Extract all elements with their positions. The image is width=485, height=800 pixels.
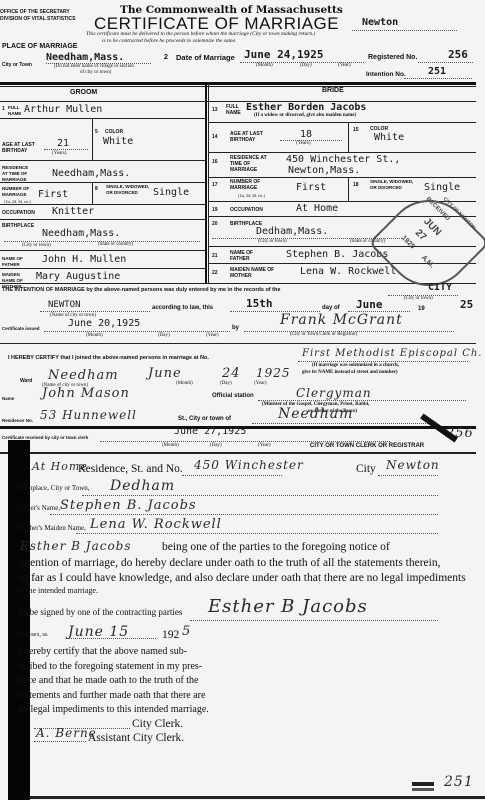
oath-line-4: to the intended marriage. <box>18 586 98 595</box>
certify-line-1: I hereby certify that the above named su… <box>18 646 187 657</box>
bride-residence-label: RESIDENCE AT TIME OF MARRIAGE <box>230 155 278 173</box>
registered-no-value: 256 <box>448 48 468 61</box>
certify-line-2: scribed to the foregoing statement in my… <box>18 661 202 672</box>
groom-marital-status-value: Single <box>153 187 189 198</box>
received-date-value: June 27,1925 <box>174 426 246 437</box>
clerk-sub: (City or Town Clerk or Registrar) <box>290 332 357 337</box>
records-of-sub: (City or town) <box>404 296 433 301</box>
solemnization-month-value: June <box>148 366 182 381</box>
bride-age-label: AGE AT LAST BIRTHDAY <box>230 131 275 143</box>
intention-no-label: Intention No. <box>366 72 406 78</box>
intention-city-value: NEWTON <box>48 300 81 310</box>
bride-age-sub: (Years) <box>296 141 311 146</box>
solemnization-year-value: 1925 <box>256 366 291 380</box>
field-number: 18 <box>353 182 359 188</box>
declaration-birthplace-value: Dedham <box>110 478 175 494</box>
field-number: 19 <box>212 207 218 213</box>
declaration-city-value: Newton <box>386 458 440 472</box>
year-sublabel: (Year) <box>254 381 267 386</box>
city-or-town-label: City or Town <box>2 62 32 68</box>
office-line-2: DIVISION OF VITAL STATISTICS <box>0 16 75 22</box>
date-field-num: 2 <box>164 55 168 61</box>
intention-month-value: June <box>356 298 383 311</box>
page-number: 251 <box>444 774 474 790</box>
certificate-issued-value: June 20,1925 <box>68 318 140 329</box>
field-number: 21 <box>212 253 218 259</box>
bride-heading: BRIDE <box>322 88 344 94</box>
groom-age-label: AGE AT LAST BIRTHDAY <box>2 142 38 154</box>
certify-line-4: statements and further made oath that th… <box>18 690 205 701</box>
officiant-residence-city-value: Needham <box>278 406 353 422</box>
day-of-text: day of <box>322 305 340 311</box>
field-number: 13 <box>212 107 218 113</box>
bride-mother-label: MAIDEN NAME OF MOTHER <box>230 267 276 279</box>
bride-marital-status-value: Single <box>424 182 460 193</box>
groom-full-name-value: Arthur Mullen <box>24 104 102 115</box>
field-number: 14 <box>212 134 218 140</box>
month-sublabel: (Month) <box>256 63 273 68</box>
ward-value: Needham <box>48 368 119 383</box>
notice-line-2: is to be contracted before he proceeds t… <box>102 38 236 44</box>
declaration-birthplace-label: Birthplace, City or Town, <box>18 484 90 492</box>
church-note-1: (If marriage was solemnized in a church, <box>312 363 399 368</box>
groom-color-label: COLOR <box>105 129 123 135</box>
groom-marriage-number-label: NUMBER OF MARRIAGE <box>2 186 32 198</box>
groom-marriage-number-value: First <box>38 189 68 200</box>
field-number: 22 <box>212 270 218 276</box>
bride-residence-value-line2: Newton,Mass. <box>288 165 360 176</box>
bride-marriage-number-sub: (1st, 2d, 3d, etc.) <box>238 193 265 198</box>
declaration-city-label: City <box>356 463 376 475</box>
clerk-signature: Frank McGrant <box>280 312 403 328</box>
groom-mother-value: Mary Augustine <box>36 271 120 282</box>
footer-stamp-mark <box>412 782 434 786</box>
groom-residence-value: Needham,Mass. <box>52 168 130 179</box>
day-sublabel: (Day) <box>158 333 170 338</box>
groom-birthplace-city-sub: (City or town) <box>22 243 51 248</box>
registered-no-label: Registered No. <box>368 55 417 61</box>
stamp-ampm: A.M. <box>420 254 435 269</box>
groom-father-label: NAME OF FATHER <box>2 256 26 268</box>
groom-birthplace-state-sub: (State or country) <box>98 242 133 247</box>
church-note-2: give its NAME instead of street and numb… <box>302 370 398 375</box>
place-of-marriage-value: Needham,Mass. <box>46 52 124 63</box>
field-number: 15 <box>353 127 359 133</box>
place-note-1: (Do not enter name of village or section <box>54 64 134 69</box>
certify-line-5: no legal impediments to this intended ma… <box>18 704 209 715</box>
certify-text: I HEREBY CERTIFY that I joined the above… <box>8 355 209 361</box>
groom-occupation-label: OCCUPATION <box>2 210 35 216</box>
st-city-text: St., City or town of <box>178 416 231 422</box>
county-label: Middlesex, ss. <box>14 632 49 638</box>
officiant-residence-value: 53 Hunnewell <box>40 408 137 422</box>
intention-text: THE INTENTION OF MARRIAGE by the above-n… <box>2 287 280 293</box>
oath-year-prefix: 192 <box>162 629 179 641</box>
city-making-return: Newton <box>362 17 398 28</box>
bride-father-value: Stephen B. Jacobs <box>286 249 388 260</box>
declaration-mother-label: Mother's Maiden Name, <box>18 524 86 532</box>
groom-occupation-value: Knitter <box>52 206 94 217</box>
bride-age-value: 18 <box>300 129 312 140</box>
solemnization-day-value: 24 <box>222 366 241 381</box>
declaration-residence-label: Residence, St. and No. <box>78 463 183 475</box>
bride-birthplace-value: Dedham,Mass. <box>256 226 328 237</box>
intention-day-value: 15th <box>246 297 273 310</box>
church-value: First Methodist Episcopal Ch. <box>302 348 482 359</box>
ward-label: Ward <box>20 378 32 384</box>
office-line-1: OFFICE OF THE SECRETARY <box>0 9 70 15</box>
date-of-marriage-label: Date of Marriage <box>176 55 235 61</box>
declarant-value: Esther B Jacobs <box>20 539 132 553</box>
records-of-value: CITY <box>428 282 452 293</box>
groom-full-name-label: FULL NAME <box>8 105 24 117</box>
footer-stamp-mark <box>412 788 434 791</box>
field-number: 1 <box>2 106 5 112</box>
declaration-father-value: Stephen B. Jacobs <box>60 498 197 513</box>
month-sublabel: (Month) <box>162 443 179 448</box>
clerk-registrar-label: CITY OR TOWN CLERK OR REGISTRAR <box>310 443 424 449</box>
official-station-label: Official station <box>212 393 254 399</box>
bride-father-label: NAME OF FATHER <box>230 250 258 262</box>
certify-line-3: ence and that he made oath to the truth … <box>18 675 199 686</box>
groom-heading: GROOM <box>70 90 97 96</box>
bride-full-name-sub: (If a widow or divorced, give also maide… <box>254 113 356 118</box>
month-sublabel: (Month) <box>176 381 193 386</box>
year-sublabel: (Year) <box>338 63 351 68</box>
bride-color-value: White <box>374 132 404 143</box>
bride-mother-value: Lena W. Rockwell <box>300 266 396 277</box>
year-prefix: 19 <box>418 306 425 312</box>
city-clerk-label: City Clerk. <box>132 718 183 730</box>
officiant-name-label: Name <box>2 396 14 402</box>
oath-line-2: intention of marriage, do hereby declare… <box>18 557 440 569</box>
bride-full-name-value: Esther Borden Jacobs <box>246 102 366 113</box>
bride-marriage-number-value: First <box>296 182 326 193</box>
intention-year-value: 25 <box>460 298 473 311</box>
groom-marital-status-label: SINGLE, WIDOWED, OR DIVORCED <box>106 184 150 196</box>
contracting-party-signature: Esther B Jacobs <box>208 596 368 617</box>
field-number: 17 <box>212 182 218 188</box>
bride-marriage-number-label: NUMBER OF MARRIAGE <box>230 179 270 191</box>
according-text: according to law, this <box>152 305 213 311</box>
groom-father-value: John H. Mullen <box>42 254 126 265</box>
field-number: 8 <box>95 186 98 192</box>
field-number: 20 <box>212 221 218 227</box>
groom-birthplace-value: Needham,Mass. <box>42 228 120 239</box>
assistant-clerk-label: Assistant City Clerk. <box>88 732 184 744</box>
oath-year-suffix: 5 <box>182 624 191 639</box>
field-number: 16 <box>212 159 218 165</box>
stamp-day: 27 <box>413 227 429 243</box>
field-number: 5 <box>95 129 98 135</box>
official-station-value: Clergyman <box>296 386 372 400</box>
bride-occupation-label: OCCUPATION <box>230 207 263 213</box>
declaration-mother-value: Lena W. Rockwell <box>90 517 222 532</box>
groom-residence-label: RESIDENCE AT TIME OF MARRIAGE <box>2 165 34 183</box>
signed-by-label: To be signed by one of the contracting p… <box>18 607 182 617</box>
bride-full-name-label: FULL NAME <box>226 104 242 116</box>
groom-birthplace-label: BIRTHPLACE <box>2 223 34 229</box>
bride-residence-value-line1: 450 Winchester St., <box>286 154 400 165</box>
place-of-marriage-label: PLACE OF MARRIAGE <box>2 44 77 50</box>
date-of-marriage-value: June 24,1925 <box>244 48 323 61</box>
bride-occupation-value: At Home <box>296 203 338 214</box>
day-sublabel: (Day) <box>210 443 222 448</box>
declaration-father-label: Father's Name, <box>18 504 60 512</box>
officiant-residence-label: Residence No. <box>2 418 33 424</box>
bride-marital-status-label: SINGLE, WIDOWED, OR DIVORCED <box>370 179 414 191</box>
bride-birthplace-city-sub: (City or town) <box>258 239 287 244</box>
month-sublabel: (Month) <box>86 333 103 338</box>
groom-age-value: 21 <box>57 138 69 149</box>
page-binding-shadow <box>8 440 30 800</box>
groom-age-sub: (Years) <box>52 151 67 156</box>
place-note-2: of city or town) <box>80 70 111 75</box>
notice-line-1: This certificate must be delivered to th… <box>86 31 315 37</box>
marriage-certificate: The Commonwealth of Massachusetts OFFICE… <box>0 0 485 800</box>
certificate-issued-label: Certificate issued <box>2 326 40 332</box>
oath-line-3: so far as I could have knowledge, and al… <box>18 572 466 584</box>
by-text: by <box>232 325 239 331</box>
day-sublabel: (Day) <box>220 381 232 386</box>
year-sublabel: (Year) <box>206 333 219 338</box>
day-sublabel: (Day) <box>300 63 312 68</box>
groom-color-value: White <box>103 136 133 147</box>
oath-line-1: being one of the parties to the foregoin… <box>162 541 390 553</box>
year-sublabel: (Year) <box>258 443 271 448</box>
declaration-residence-value: 450 Winchester <box>194 458 304 472</box>
officiant-name-value: John Mason <box>42 386 130 401</box>
intention-no-value: 251 <box>428 66 446 77</box>
